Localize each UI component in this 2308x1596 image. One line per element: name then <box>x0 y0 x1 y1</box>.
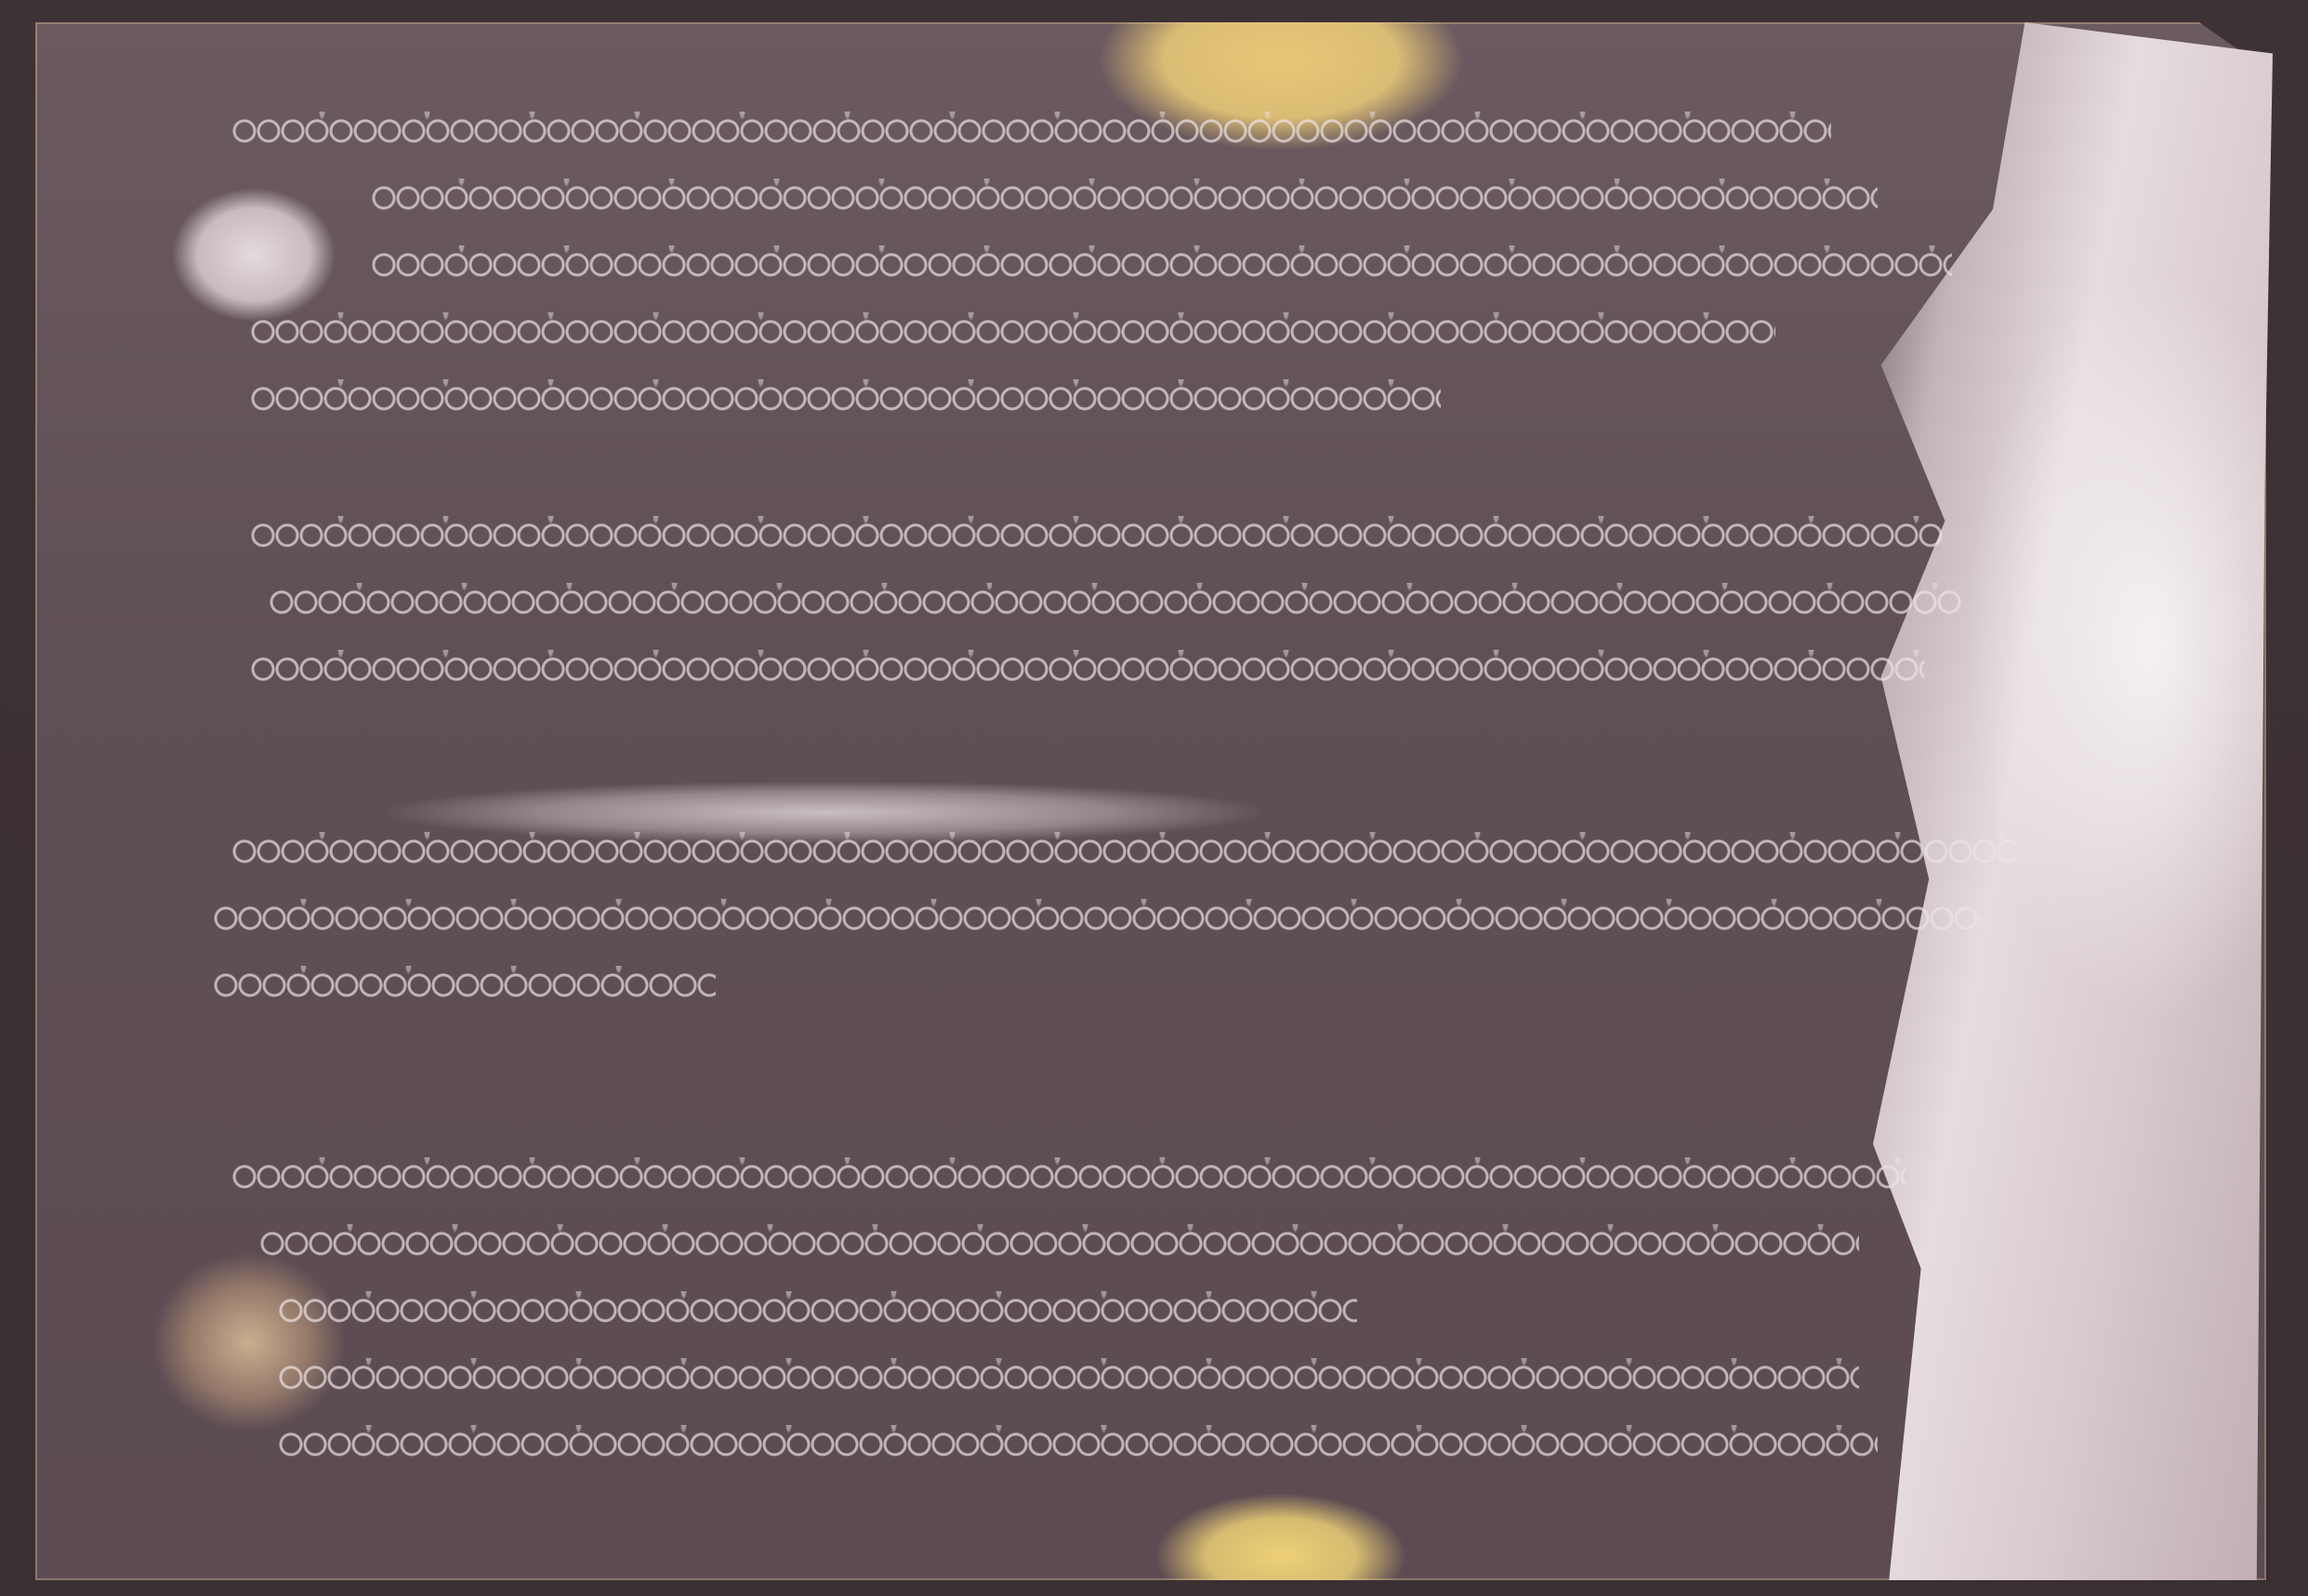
script-line <box>279 1358 1859 1393</box>
script-line <box>232 832 2017 867</box>
text-block-4 <box>232 1157 1952 1492</box>
script-line <box>214 966 716 1001</box>
script-line <box>372 245 1952 281</box>
text-block-3 <box>232 832 2045 1033</box>
script-line <box>270 583 1961 618</box>
script-line <box>251 379 1441 415</box>
text-block-2 <box>232 516 1952 717</box>
script-line <box>279 1425 1878 1460</box>
script-line <box>372 178 1878 214</box>
script-line <box>279 1291 1357 1326</box>
script-line <box>260 1224 1859 1260</box>
text-block-1 <box>232 112 1859 446</box>
script-line <box>251 516 1943 551</box>
script-line <box>232 1157 1906 1193</box>
script-line <box>251 650 1924 685</box>
script-line <box>232 112 1831 147</box>
script-line <box>214 899 1980 934</box>
script-line <box>251 312 1775 348</box>
